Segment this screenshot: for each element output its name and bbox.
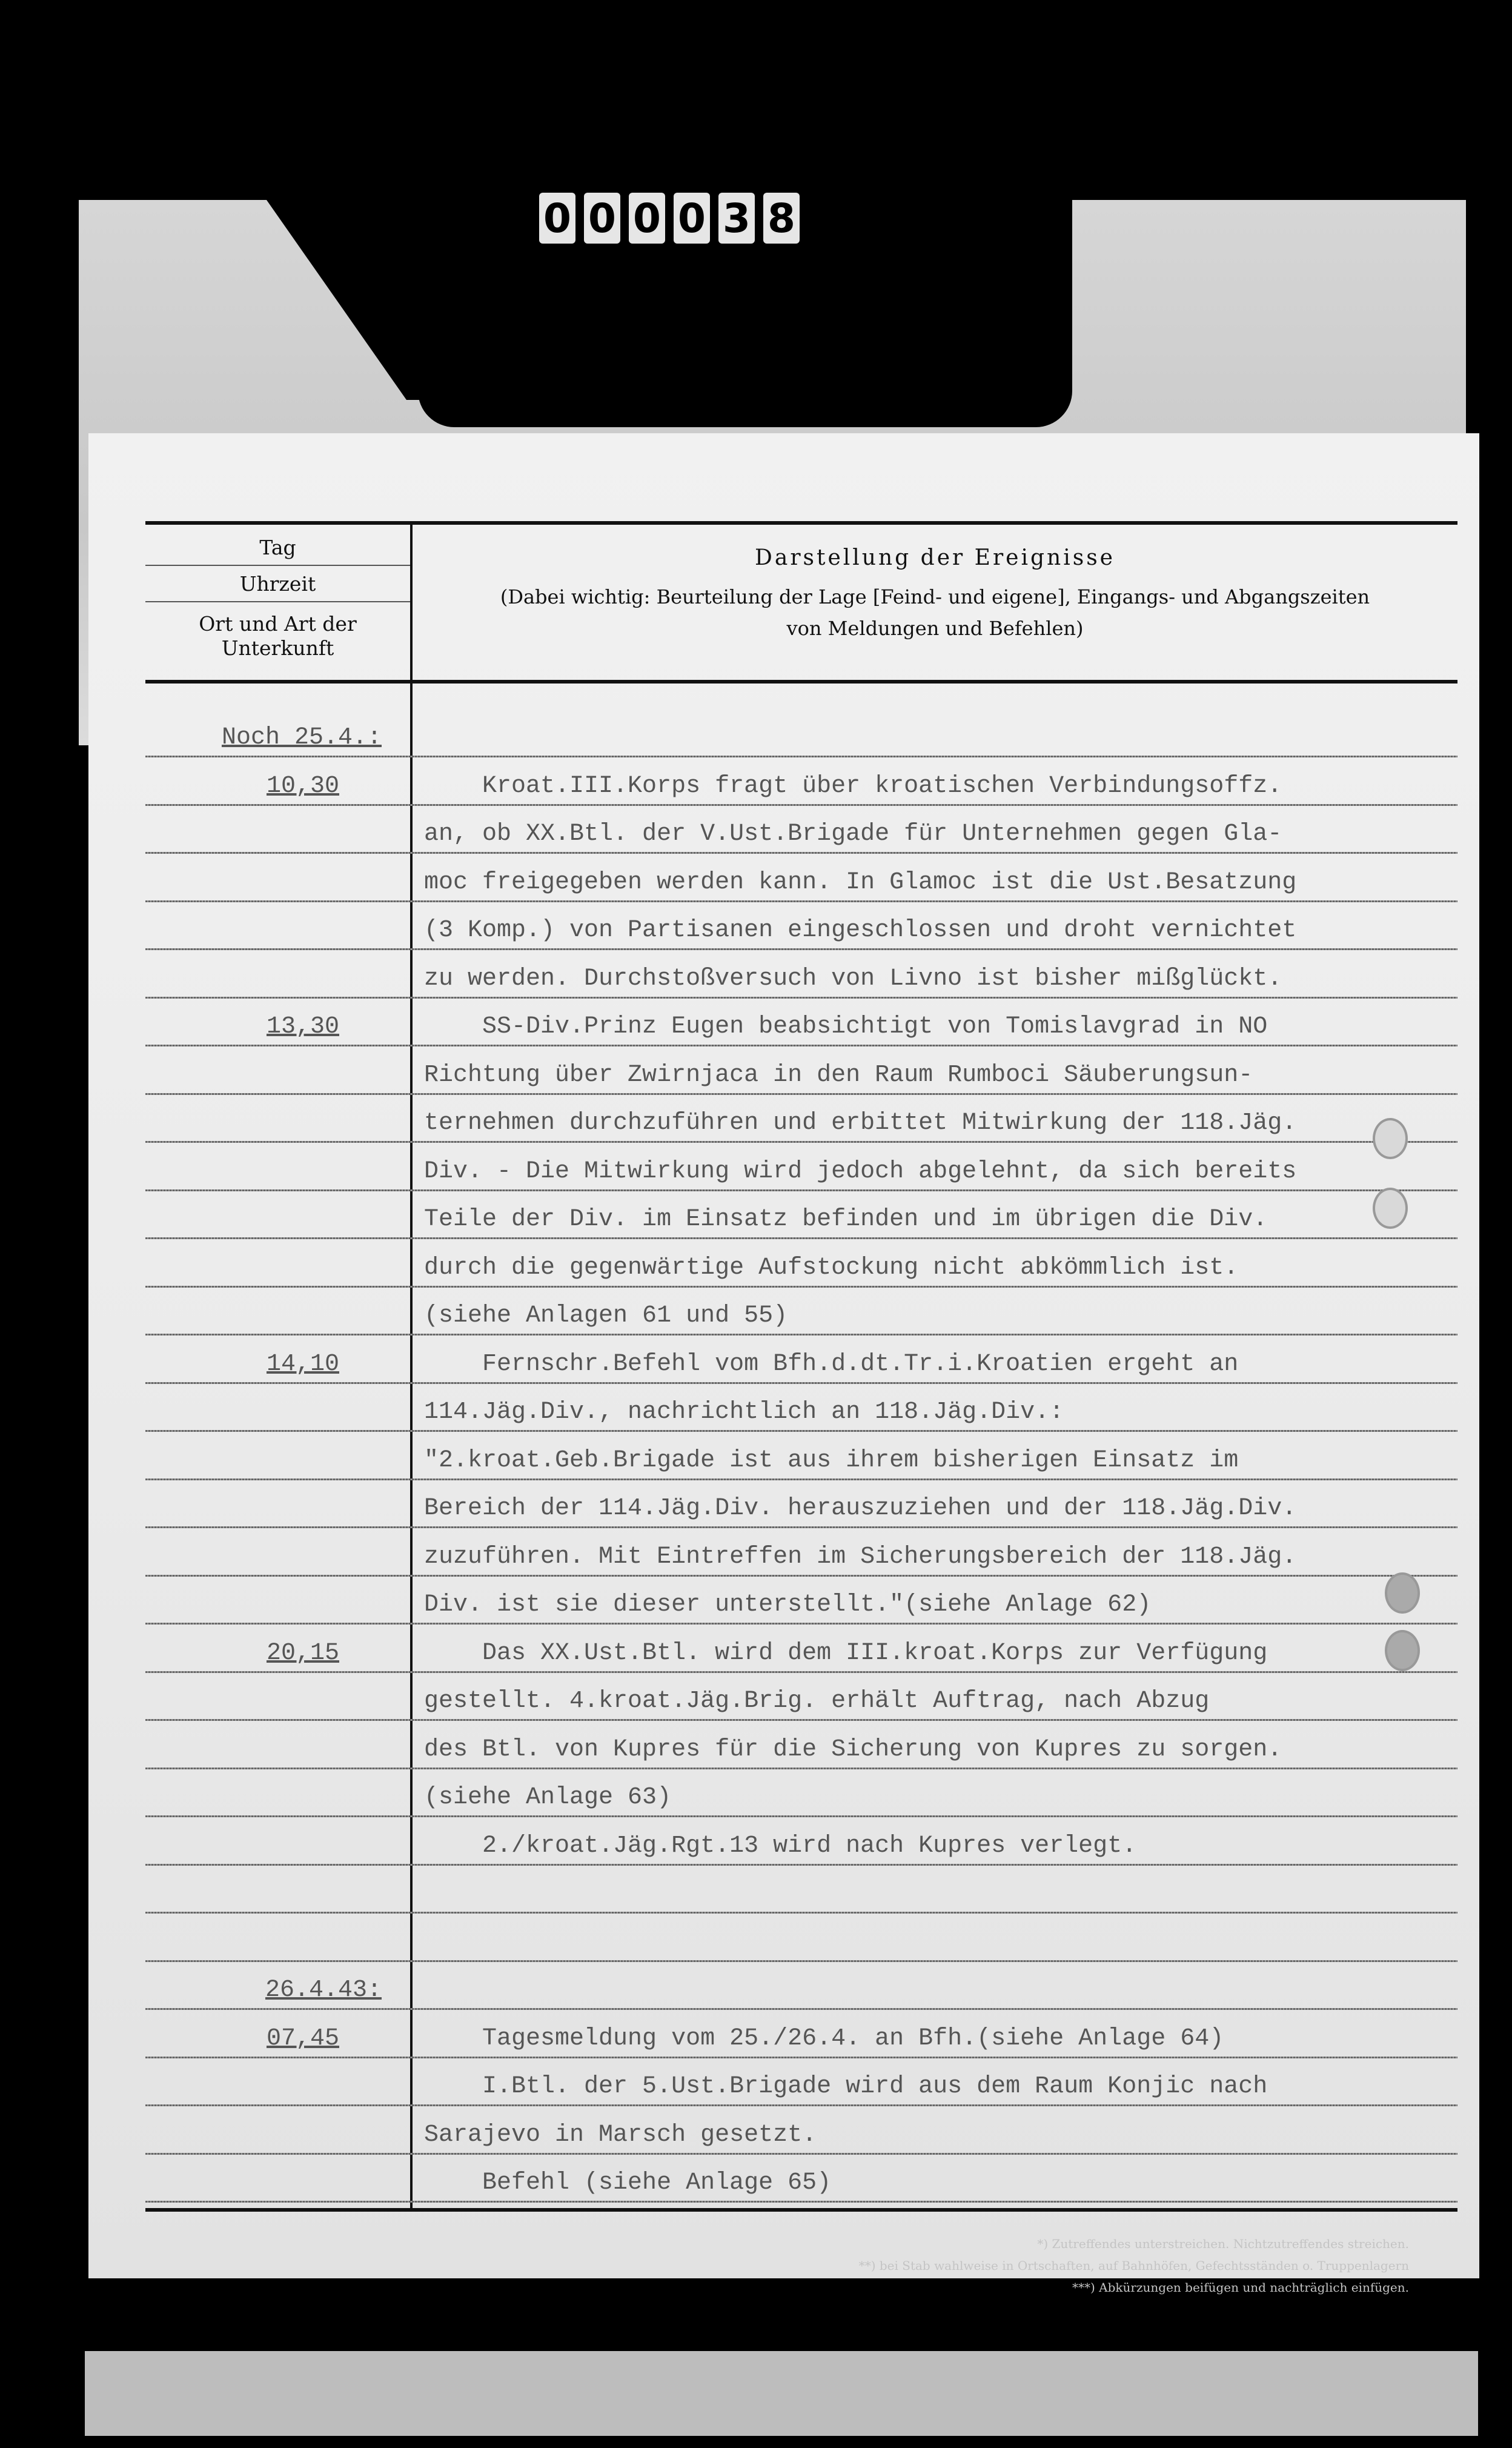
- ruled-line: [145, 1093, 1457, 1095]
- header-ort: Ort und Art der Unterkunft: [145, 602, 410, 670]
- diary-table: Tag Uhrzeit Ort und Art der Unterkunft D…: [145, 521, 1457, 2212]
- ruled-line: [145, 2201, 1457, 2203]
- war-diary-page: Tag Uhrzeit Ort und Art der Unterkunft D…: [88, 433, 1479, 2278]
- ruled-line: [145, 1623, 1457, 1625]
- punch-hole: [1385, 1630, 1420, 1671]
- ruled-line: [145, 1768, 1457, 1769]
- frame-digit: 0: [674, 193, 710, 244]
- ruled-line: [145, 1575, 1457, 1577]
- entry-text: zuzuführen. Mit Eintreffen im Sicherungs…: [424, 1543, 1409, 1571]
- punch-hole: [1385, 1572, 1420, 1614]
- header-subtitle-2: von Meldungen und Befehlen): [413, 613, 1457, 644]
- ruled-line: [145, 1960, 1457, 1962]
- frame-digit: 0: [584, 193, 620, 244]
- entry-time: 20,15: [145, 1640, 406, 1667]
- punch-hole: [1373, 1118, 1408, 1159]
- frame-digit: 8: [763, 193, 800, 244]
- entry-text: Kroat.III.Korps fragt über kroatischen V…: [424, 773, 1409, 800]
- frame-number: 0 0 0 0 3 8: [539, 193, 800, 244]
- ruled-line: [145, 1045, 1457, 1046]
- ruled-line: [145, 756, 1457, 757]
- entry-text: I.Btl. der 5.Ust.Brigade wird aus dem Ra…: [424, 2073, 1409, 2100]
- ruled-line: [145, 1815, 1457, 1817]
- entry-text: 2./kroat.Jäg.Rgt.13 wird nach Kupres ver…: [424, 1832, 1409, 1860]
- entry-time: 07,45: [145, 2025, 406, 2052]
- entry-text: "2.kroat.Geb.Brigade ist aus ihrem bishe…: [424, 1447, 1409, 1474]
- ruled-line: [145, 2104, 1457, 2106]
- header-subtitle-1: (Dabei wichtig: Beurteilung der Lage [Fe…: [413, 581, 1457, 613]
- entry-text: zu werden. Durchstoßversuch von Livno is…: [424, 965, 1409, 993]
- column-divider: [410, 521, 413, 2212]
- entry-text: (3 Komp.) von Partisanen eingeschlossen …: [424, 917, 1409, 944]
- footnote-2: **) bei Stab wahlweise in Ortschaften, a…: [803, 2255, 1409, 2277]
- ruled-line: [145, 1526, 1457, 1528]
- ruled-line: [145, 1864, 1457, 1866]
- entry-text: ternehmen durchzuführen und erbittet Mit…: [424, 1109, 1409, 1137]
- ruled-line: [145, 804, 1457, 806]
- entry-text: Teile der Div. im Einsatz befinden und i…: [424, 1206, 1409, 1233]
- entry-text: des Btl. von Kupres für die Sicherung vo…: [424, 1736, 1409, 1763]
- ruled-line: [145, 1237, 1457, 1239]
- entry-time: 26.4.43:: [145, 1977, 406, 2004]
- ruled-line: [145, 900, 1457, 902]
- entry-text: Div. - Die Mitwirkung wird jedoch abgele…: [424, 1158, 1409, 1185]
- ruled-line: [145, 1141, 1457, 1143]
- entry-text: (siehe Anlagen 61 und 55): [424, 1302, 1409, 1329]
- entry-time: 13,30: [145, 1013, 406, 1040]
- ruled-line: [145, 2153, 1457, 2155]
- ruled-line: [145, 1719, 1457, 1721]
- header-title: Darstellung der Ereignisse: [413, 545, 1457, 570]
- ruled-line: [145, 2057, 1457, 2058]
- ruled-line: [145, 852, 1457, 854]
- entry-text: Div. ist sie dieser unterstellt."(siehe …: [424, 1591, 1409, 1618]
- entry-text: gestellt. 4.kroat.Jäg.Brig. erhält Auftr…: [424, 1688, 1409, 1715]
- bottom-rule: [145, 2208, 1457, 2212]
- footnote-3: ***) Abkürzungen beifügen und nachträgli…: [803, 2277, 1409, 2298]
- punch-hole: [1373, 1188, 1408, 1229]
- frame-digit: 0: [629, 193, 665, 244]
- entry-text: Richtung über Zwirnjaca in den Raum Rumb…: [424, 1062, 1409, 1089]
- header-uhrzeit: Uhrzeit: [145, 566, 410, 602]
- entry-text: SS-Div.Prinz Eugen beabsichtigt von Tomi…: [424, 1013, 1409, 1040]
- header-right-column: Darstellung der Ereignisse (Dabei wichti…: [413, 545, 1457, 644]
- ruled-line: [145, 1671, 1457, 1673]
- entry-text: an, ob XX.Btl. der V.Ust.Brigade für Unt…: [424, 820, 1409, 848]
- entry-text: 114.Jäg.Div., nachrichtlich an 118.Jäg.D…: [424, 1399, 1409, 1426]
- ruled-line: [145, 1189, 1457, 1191]
- entry-text: Befehl (siehe Anlage 65): [424, 2169, 1409, 2197]
- entry-text: Fernschr.Befehl vom Bfh.d.dt.Tr.i.Kroati…: [424, 1351, 1409, 1378]
- entry-text: durch die gegenwärtige Aufstockung nicht…: [424, 1254, 1409, 1282]
- entry-text: Tagesmeldung vom 25./26.4. an Bfh.(siehe…: [424, 2025, 1409, 2052]
- entry-time: Noch 25.4.:: [145, 724, 406, 751]
- ruled-line: [145, 1382, 1457, 1384]
- frame-digit: 0: [539, 193, 575, 244]
- top-rule: [145, 521, 1457, 525]
- ruled-line: [145, 1478, 1457, 1480]
- ruled-line: [145, 1334, 1457, 1335]
- entry-text: Das XX.Ust.Btl. wird dem III.kroat.Korps…: [424, 1640, 1409, 1667]
- entry-text: Bereich der 114.Jäg.Div. herauszuziehen …: [424, 1495, 1409, 1522]
- frame-digit: 3: [718, 193, 755, 244]
- header-left-column: Tag Uhrzeit Ort und Art der Unterkunft: [145, 530, 410, 679]
- entry-text: (siehe Anlage 63): [424, 1784, 1409, 1811]
- form-footnotes: *) Zutreffendes unterstreichen. Nichtzut…: [803, 2233, 1409, 2298]
- header-tag: Tag: [145, 530, 410, 566]
- ruled-line: [145, 1286, 1457, 1288]
- entry-time: 14,10: [145, 1351, 406, 1378]
- ruled-line: [145, 1912, 1457, 1914]
- ruled-line: [145, 997, 1457, 999]
- ruled-line: [145, 1430, 1457, 1432]
- header-bottom-rule: [145, 680, 1457, 684]
- ruled-line: [145, 948, 1457, 950]
- entry-time: 10,30: [145, 773, 406, 800]
- ruled-line: [145, 2008, 1457, 2010]
- footnote-1: *) Zutreffendes unterstreichen. Nichtzut…: [803, 2233, 1409, 2255]
- page-edge: [85, 2351, 1478, 2436]
- entry-text: Sarajevo in Marsch gesetzt.: [424, 2121, 1409, 2149]
- entry-text: moc freigegeben werden kann. In Glamoc i…: [424, 869, 1409, 896]
